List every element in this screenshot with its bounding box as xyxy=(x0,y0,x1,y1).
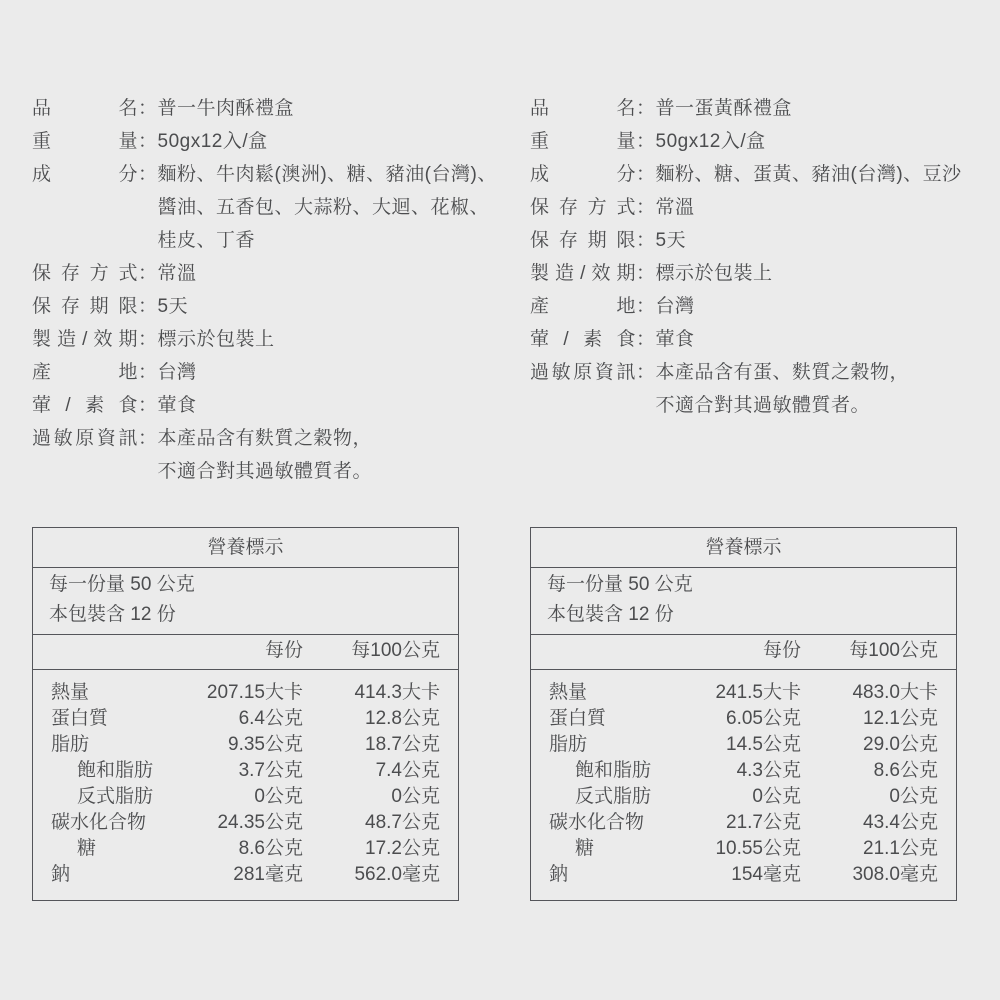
info-label: 產地 xyxy=(530,290,636,323)
info-row-weight: 重量：50gx12入/盒 xyxy=(32,125,518,158)
nutrient-name: 反式脂肪 xyxy=(549,784,686,810)
info-label: 品名 xyxy=(32,92,138,125)
nutrient-row-saturated-fat: 飽和脂肪 3.7公克 7.4公克 xyxy=(51,758,440,784)
nutrient-row-trans-fat: 反式脂肪 0公克 0公克 xyxy=(549,784,938,810)
nutrient-per-serving: 9.35公克 xyxy=(188,732,303,758)
info-row-ingredients: 成分：麵粉、糖、蛋黃、豬油(台灣)、豆沙 xyxy=(530,158,978,191)
info-colon: ： xyxy=(138,389,158,422)
info-label: 重量 xyxy=(530,125,636,158)
info-colon: ： xyxy=(636,158,656,191)
info-row-product-name: 品名：普一牛肉酥禮盒 xyxy=(32,92,518,125)
nutrient-name: 鈉 xyxy=(51,862,188,888)
info-label: 葷/素食 xyxy=(32,389,138,422)
info-colon: ： xyxy=(636,323,656,356)
info-colon: ： xyxy=(636,191,656,224)
nutrient-name: 鈉 xyxy=(549,862,686,888)
info-value: 標示於包裝上 xyxy=(158,323,518,356)
nutrient-per-serving: 3.7公克 xyxy=(188,758,303,784)
column-header-row: 每份 每100公克 xyxy=(33,635,458,670)
nutrient-per-100g: 0公克 xyxy=(801,784,938,810)
nutrient-per-100g: 48.7公克 xyxy=(303,810,440,836)
info-value: 5天 xyxy=(656,224,978,257)
info-value: 普一牛肉酥禮盒 xyxy=(158,92,518,125)
serving-info: 每一份量 50 公克 本包裝含 12 份 xyxy=(33,568,458,635)
info-row-shelf-life: 保存期限：5天 xyxy=(32,290,518,323)
nutrient-name: 飽和脂肪 xyxy=(51,758,188,784)
nutrient-per-serving: 6.05公克 xyxy=(686,706,801,732)
nutrient-row-trans-fat: 反式脂肪 0公克 0公克 xyxy=(51,784,440,810)
nutrient-per-100g: 562.0毫克 xyxy=(303,862,440,888)
info-colon: ： xyxy=(636,257,656,290)
info-row-shelf-life: 保存期限：5天 xyxy=(530,224,978,257)
nutrient-per-100g: 8.6公克 xyxy=(801,758,938,784)
nutrient-name: 碳水化合物 xyxy=(549,810,686,836)
nutrient-row-protein: 蛋白質 6.4公克 12.8公克 xyxy=(51,706,440,732)
nutrient-row-sugar: 糖 10.55公克 21.1公克 xyxy=(549,836,938,862)
info-label: 保存期限 xyxy=(32,290,138,323)
nutrient-name: 反式脂肪 xyxy=(51,784,188,810)
nutrient-per-100g: 43.4公克 xyxy=(801,810,938,836)
info-label: 保存方式 xyxy=(32,257,138,290)
nutrient-per-serving: 281毫克 xyxy=(188,862,303,888)
nutrient-per-100g: 29.0公克 xyxy=(801,732,938,758)
info-label: 製造/效期 xyxy=(530,257,636,290)
nutrition-table-beef-floss: 營養標示 每一份量 50 公克 本包裝含 12 份 每份 每100公克 熱量 2… xyxy=(32,527,459,901)
info-value: 常溫 xyxy=(158,257,518,290)
info-value: 葷食 xyxy=(158,389,518,422)
beef-floss-giftbox-info: 品名：普一牛肉酥禮盒 重量：50gx12入/盒 成分：麵粉、牛肉鬆(澳洲)、糖、… xyxy=(32,92,518,488)
nutrition-title: 營養標示 xyxy=(531,528,956,568)
nutrient-per-100g: 308.0毫克 xyxy=(801,862,938,888)
nutrient-per-serving: 207.15大卡 xyxy=(188,680,303,706)
nutrient-name: 脂肪 xyxy=(549,732,686,758)
nutrient-row-fat: 脂肪 14.5公克 29.0公克 xyxy=(549,732,938,758)
nutrient-name: 糖 xyxy=(51,836,188,862)
info-value: 常溫 xyxy=(656,191,978,224)
nutrient-per-serving: 24.35公克 xyxy=(188,810,303,836)
info-label: 過敏原資訊 xyxy=(530,356,636,389)
serving-size: 每一份量 50 公克 xyxy=(49,570,442,600)
nutrient-row-saturated-fat: 飽和脂肪 4.3公克 8.6公克 xyxy=(549,758,938,784)
nutrient-per-100g: 0公克 xyxy=(303,784,440,810)
nutrient-name: 熱量 xyxy=(51,680,188,706)
nutrient-row-carbohydrate: 碳水化合物 24.35公克 48.7公克 xyxy=(51,810,440,836)
servings-per-package: 本包裝含 12 份 xyxy=(49,600,442,630)
info-row-ingredients: 成分：麵粉、牛肉鬆(澳洲)、糖、豬油(台灣)、 醬油、五香包、大蒜粉、大迴、花椒… xyxy=(32,158,518,257)
info-row-allergen: 過敏原資訊：本產品含有麩質之穀物， 不適合對其過敏體質者。 xyxy=(32,422,518,488)
info-colon: ： xyxy=(636,224,656,257)
info-value: 台灣 xyxy=(158,356,518,389)
nutrition-body: 熱量 241.5大卡 483.0大卡 蛋白質 6.05公克 12.1公克 脂肪 … xyxy=(531,670,956,900)
info-row-storage-method: 保存方式：常溫 xyxy=(32,257,518,290)
info-value: 50gx12入/盒 xyxy=(656,125,978,158)
info-value: 普一蛋黃酥禮盒 xyxy=(656,92,978,125)
column-header-row: 每份 每100公克 xyxy=(531,635,956,670)
info-row-diet-type: 葷/素食：葷食 xyxy=(530,323,978,356)
info-row-allergen: 過敏原資訊：本產品含有蛋、麩質之穀物， 不適合對其過敏體質者。 xyxy=(530,356,978,422)
nutrient-row-fat: 脂肪 9.35公克 18.7公克 xyxy=(51,732,440,758)
column-header-per-serving: 每份 xyxy=(188,637,303,665)
egg-yolk-pastry-giftbox-info: 品名：普一蛋黃酥禮盒 重量：50gx12入/盒 成分：麵粉、糖、蛋黃、豬油(台灣… xyxy=(530,92,978,422)
info-value: 葷食 xyxy=(656,323,978,356)
info-label: 保存方式 xyxy=(530,191,636,224)
info-label: 產地 xyxy=(32,356,138,389)
nutrient-per-serving: 8.6公克 xyxy=(188,836,303,862)
nutrient-per-serving: 0公克 xyxy=(686,784,801,810)
nutrient-per-serving: 6.4公克 xyxy=(188,706,303,732)
column-header-spacer xyxy=(51,637,188,665)
info-row-weight: 重量：50gx12入/盒 xyxy=(530,125,978,158)
info-colon: ： xyxy=(636,92,656,125)
info-value: 台灣 xyxy=(656,290,978,323)
nutrient-per-100g: 7.4公克 xyxy=(303,758,440,784)
nutrient-row-sodium: 鈉 154毫克 308.0毫克 xyxy=(549,862,938,888)
nutrient-per-serving: 241.5大卡 xyxy=(686,680,801,706)
nutrient-name: 脂肪 xyxy=(51,732,188,758)
column-header-per-100g: 每100公克 xyxy=(303,637,440,665)
info-label: 品名 xyxy=(530,92,636,125)
nutrient-row-sugar: 糖 8.6公克 17.2公克 xyxy=(51,836,440,862)
info-value: 50gx12入/盒 xyxy=(158,125,518,158)
nutrient-row-protein: 蛋白質 6.05公克 12.1公克 xyxy=(549,706,938,732)
info-row-manufacture-expiry: 製造/效期：標示於包裝上 xyxy=(32,323,518,356)
info-label: 葷/素食 xyxy=(530,323,636,356)
info-label: 重量 xyxy=(32,125,138,158)
info-value: 標示於包裝上 xyxy=(656,257,978,290)
info-value: 麵粉、牛肉鬆(澳洲)、糖、豬油(台灣)、 醬油、五香包、大蒜粉、大迴、花椒、 桂… xyxy=(158,158,518,257)
nutrient-per-100g: 12.1公克 xyxy=(801,706,938,732)
nutrient-row-carbohydrate: 碳水化合物 21.7公克 43.4公克 xyxy=(549,810,938,836)
nutrient-per-100g: 414.3大卡 xyxy=(303,680,440,706)
nutrition-table-egg-yolk-pastry: 營養標示 每一份量 50 公克 本包裝含 12 份 每份 每100公克 熱量 2… xyxy=(530,527,957,901)
nutrient-per-serving: 21.7公克 xyxy=(686,810,801,836)
serving-info: 每一份量 50 公克 本包裝含 12 份 xyxy=(531,568,956,635)
info-value: 本產品含有蛋、麩質之穀物， 不適合對其過敏體質者。 xyxy=(656,356,978,422)
info-row-origin: 產地：台灣 xyxy=(32,356,518,389)
info-colon: ： xyxy=(138,323,158,356)
info-colon: ： xyxy=(138,158,158,191)
info-colon: ： xyxy=(138,290,158,323)
nutrient-row-calories: 熱量 207.15大卡 414.3大卡 xyxy=(51,680,440,706)
nutrient-per-serving: 14.5公克 xyxy=(686,732,801,758)
nutrient-per-100g: 18.7公克 xyxy=(303,732,440,758)
info-label: 成分 xyxy=(32,158,138,191)
info-value: 麵粉、糖、蛋黃、豬油(台灣)、豆沙 xyxy=(656,158,978,191)
info-label: 成分 xyxy=(530,158,636,191)
nutrient-name: 蛋白質 xyxy=(51,706,188,732)
info-colon: ： xyxy=(636,290,656,323)
nutrient-per-serving: 4.3公克 xyxy=(686,758,801,784)
nutrition-body: 熱量 207.15大卡 414.3大卡 蛋白質 6.4公克 12.8公克 脂肪 … xyxy=(33,670,458,900)
column-header-spacer xyxy=(549,637,686,665)
column-header-per-100g: 每100公克 xyxy=(801,637,938,665)
nutrient-name: 碳水化合物 xyxy=(51,810,188,836)
column-header-per-serving: 每份 xyxy=(686,637,801,665)
info-colon: ： xyxy=(138,422,158,455)
nutrient-name: 飽和脂肪 xyxy=(549,758,686,784)
info-colon: ： xyxy=(138,125,158,158)
info-row-diet-type: 葷/素食：葷食 xyxy=(32,389,518,422)
info-colon: ： xyxy=(636,125,656,158)
info-colon: ： xyxy=(138,92,158,125)
serving-size: 每一份量 50 公克 xyxy=(547,570,940,600)
info-colon: ： xyxy=(138,257,158,290)
info-label: 製造/效期 xyxy=(32,323,138,356)
info-row-manufacture-expiry: 製造/效期：標示於包裝上 xyxy=(530,257,978,290)
info-row-origin: 產地：台灣 xyxy=(530,290,978,323)
nutrient-per-serving: 10.55公克 xyxy=(686,836,801,862)
product-spec-page: 品名：普一牛肉酥禮盒 重量：50gx12入/盒 成分：麵粉、牛肉鬆(澳洲)、糖、… xyxy=(0,0,1000,1000)
nutrient-name: 熱量 xyxy=(549,680,686,706)
nutrient-row-calories: 熱量 241.5大卡 483.0大卡 xyxy=(549,680,938,706)
info-value: 本產品含有麩質之穀物， 不適合對其過敏體質者。 xyxy=(158,422,518,488)
servings-per-package: 本包裝含 12 份 xyxy=(547,600,940,630)
nutrient-name: 糖 xyxy=(549,836,686,862)
nutrition-title: 營養標示 xyxy=(33,528,458,568)
nutrient-per-100g: 12.8公克 xyxy=(303,706,440,732)
nutrient-per-serving: 154毫克 xyxy=(686,862,801,888)
info-row-product-name: 品名：普一蛋黃酥禮盒 xyxy=(530,92,978,125)
info-value: 5天 xyxy=(158,290,518,323)
nutrient-per-100g: 17.2公克 xyxy=(303,836,440,862)
info-row-storage-method: 保存方式：常溫 xyxy=(530,191,978,224)
info-label: 保存期限 xyxy=(530,224,636,257)
nutrient-name: 蛋白質 xyxy=(549,706,686,732)
info-colon: ： xyxy=(636,356,656,389)
nutrient-per-100g: 483.0大卡 xyxy=(801,680,938,706)
nutrient-per-serving: 0公克 xyxy=(188,784,303,810)
nutrient-row-sodium: 鈉 281毫克 562.0毫克 xyxy=(51,862,440,888)
info-label: 過敏原資訊 xyxy=(32,422,138,455)
info-colon: ： xyxy=(138,356,158,389)
nutrient-per-100g: 21.1公克 xyxy=(801,836,938,862)
